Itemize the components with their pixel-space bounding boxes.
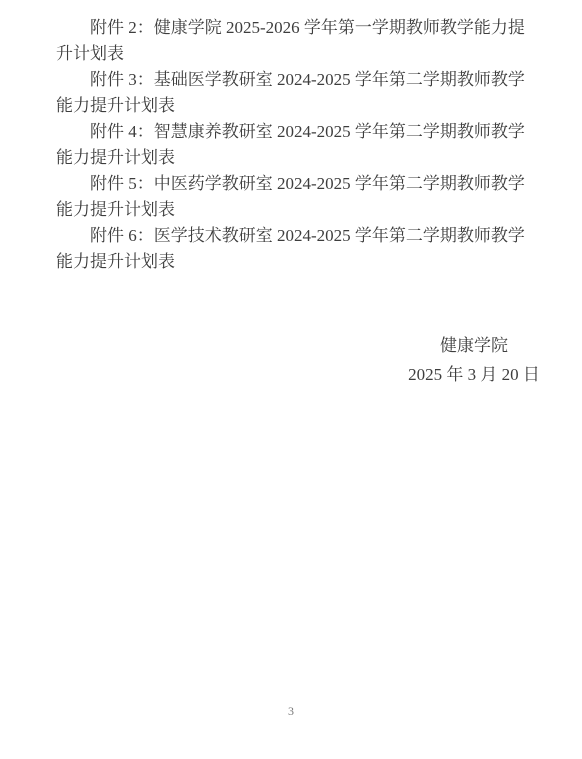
attachment-line-wrap: 升计划表 — [56, 41, 524, 67]
attachment-line: 附件 2：健康学院 2025-2026 学年第一学期教师教学能力提 — [56, 15, 524, 41]
attachment-line-wrap: 能力提升计划表 — [56, 93, 524, 119]
attachment-line-wrap: 能力提升计划表 — [56, 249, 524, 275]
attachment-item: 附件 5：中医药学教研室 2024-2025 学年第二学期教师教学 能力提升计划… — [56, 171, 524, 223]
attachment-line: 附件 4：智慧康养教研室 2024-2025 学年第二学期教师教学 — [56, 119, 524, 145]
document-page: 附件 2：健康学院 2025-2026 学年第一学期教师教学能力提 升计划表 附… — [0, 0, 582, 759]
attachment-item: 附件 2：健康学院 2025-2026 学年第一学期教师教学能力提 升计划表 — [56, 15, 524, 67]
signature-date: 2025 年 3 月 20 日 — [374, 360, 574, 389]
signature-block: 健康学院 2025 年 3 月 20 日 — [374, 331, 574, 389]
attachment-item: 附件 6：医学技术教研室 2024-2025 学年第二学期教师教学 能力提升计划… — [56, 223, 524, 275]
page-number: 3 — [0, 704, 582, 719]
attachment-line-wrap: 能力提升计划表 — [56, 197, 524, 223]
attachment-line: 附件 5：中医药学教研室 2024-2025 学年第二学期教师教学 — [56, 171, 524, 197]
attachment-item: 附件 3：基础医学教研室 2024-2025 学年第二学期教师教学 能力提升计划… — [56, 67, 524, 119]
attachment-line: 附件 3：基础医学教研室 2024-2025 学年第二学期教师教学 — [56, 67, 524, 93]
signature-organization: 健康学院 — [374, 331, 574, 360]
document-body: 附件 2：健康学院 2025-2026 学年第一学期教师教学能力提 升计划表 附… — [0, 0, 582, 389]
attachment-item: 附件 4：智慧康养教研室 2024-2025 学年第二学期教师教学 能力提升计划… — [56, 119, 524, 171]
attachment-line-wrap: 能力提升计划表 — [56, 145, 524, 171]
attachment-line: 附件 6：医学技术教研室 2024-2025 学年第二学期教师教学 — [56, 223, 524, 249]
